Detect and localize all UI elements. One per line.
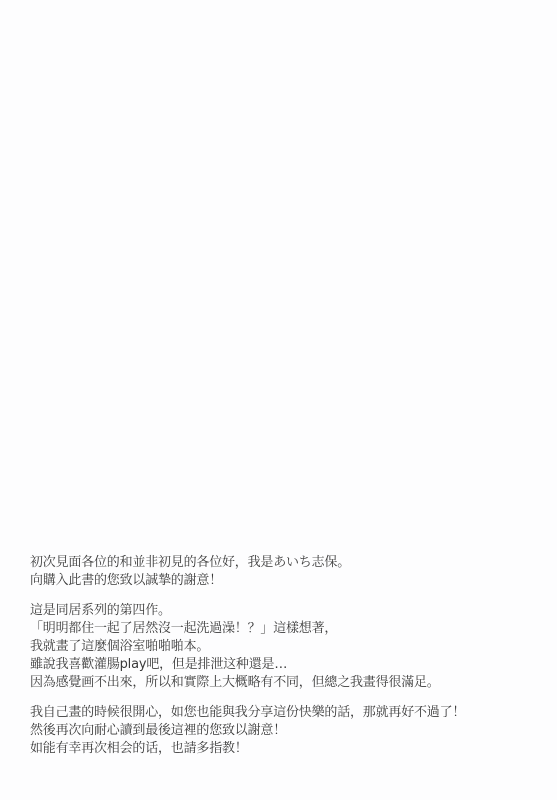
text-line: 如能有幸再次相会的话，也請多指教！ (30, 740, 550, 758)
page: 初次見面各位的和並非初見的各位好，我是あいち志保。 向購入此書的您致以誠摯的謝意… (0, 0, 557, 800)
text-line: 我自己畫的時候很開心，如您也能與我分享這份快樂的話，那就再好不過了！ (30, 704, 550, 722)
paragraph-about: 這是同居系列的第四作。 「明明都住一起了居然沒一起洗過澡！？」這樣想著， 我就畫… (30, 602, 550, 692)
paragraph-greeting: 初次見面各位的和並非初見的各位好，我是あいち志保。 向購入此書的您致以誠摯的謝意… (30, 554, 550, 590)
text-line: 我就畫了這麼個浴室啪啪啪本。 (30, 638, 550, 656)
text-line: 這是同居系列的第四作。 (30, 602, 550, 620)
paragraph-gap (30, 590, 550, 602)
text-line: 「明明都住一起了居然沒一起洗過澡！？」這樣想著， (30, 620, 550, 638)
text-line: 因為感覺画不出來，所以和實際上大概略有不同，但總之我畫得很滿足。 (30, 674, 550, 692)
paragraph-closing: 我自己畫的時候很開心，如您也能與我分享這份快樂的話，那就再好不過了！ 然後再次向… (30, 704, 550, 758)
afterword-text: 初次見面各位的和並非初見的各位好，我是あいち志保。 向購入此書的您致以誠摯的謝意… (30, 554, 550, 758)
text-line: 向購入此書的您致以誠摯的謝意！ (30, 572, 550, 590)
text-line: 雖說我喜歡灌腸play吧，但是排泄这种還是… (30, 656, 550, 674)
text-line: 然後再次向耐心讀到最後這裡的您致以謝意！ (30, 722, 550, 740)
paragraph-gap (30, 692, 550, 704)
text-line: 初次見面各位的和並非初見的各位好，我是あいち志保。 (30, 554, 550, 572)
